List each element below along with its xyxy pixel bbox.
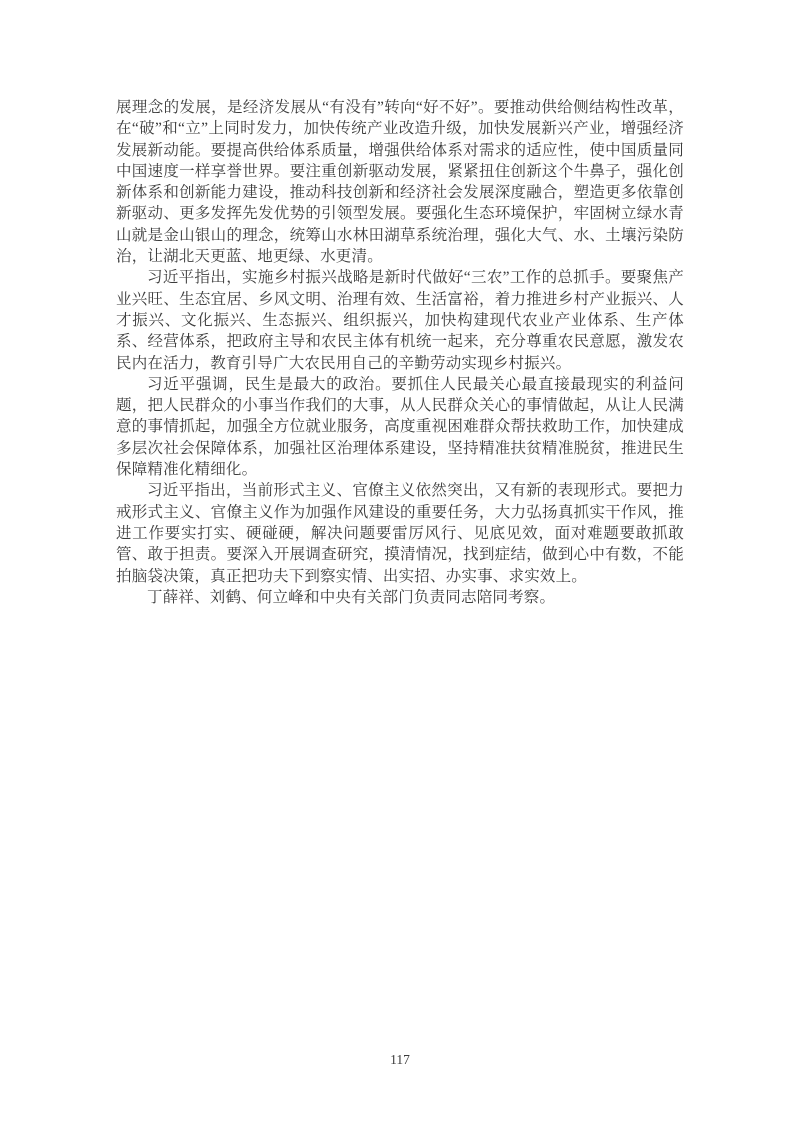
page-number: 117 (390, 1052, 410, 1067)
body-paragraph: 展理念的发展，是经济发展从“有没有”转向“好不好”。要推动供给侧结构性改革，在“… (116, 97, 684, 267)
body-paragraph: 习近平指出，当前形式主义、官僚主义依然突出，又有新的表现形式。要把力戒形式主义、… (116, 480, 684, 586)
page-footer: 117 (0, 1051, 800, 1069)
document-page: 展理念的发展，是经济发展从“有没有”转向“好不好”。要推动供给侧结构性改革，在“… (0, 0, 800, 1133)
body-paragraph: 习近平指出，实施乡村振兴战略是新时代做好“三农”工作的总抓手。要聚焦产业兴旺、生… (116, 267, 684, 373)
article-body: 展理念的发展，是经济发展从“有没有”转向“好不好”。要推动供给侧结构性改革，在“… (116, 97, 684, 608)
body-paragraph: 丁薛祥、刘鹤、何立峰和中央有关部门负责同志陪同考察。 (116, 587, 684, 608)
body-paragraph: 习近平强调，民生是最大的政治。要抓住人民最关心最直接最现实的利益问题，把人民群众… (116, 374, 684, 480)
